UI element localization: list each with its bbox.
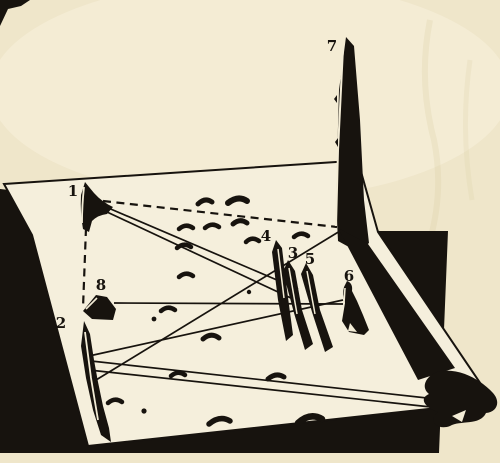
label-8: 8 [96, 276, 106, 294]
label-2: 2 [56, 314, 66, 332]
landscape-diagram: 1 2 3 4 5 6 7 8 [0, 0, 500, 463]
label-5: 5 [305, 250, 315, 268]
label-7: 7 [327, 37, 337, 55]
label-4: 4 [261, 227, 271, 245]
label-6: 6 [344, 267, 354, 285]
label-1: 1 [68, 182, 78, 200]
line-8-to-6 [114, 303, 343, 304]
label-3: 3 [288, 244, 298, 262]
diagram-canvas: 1 2 3 4 5 6 7 8 [0, 0, 500, 463]
